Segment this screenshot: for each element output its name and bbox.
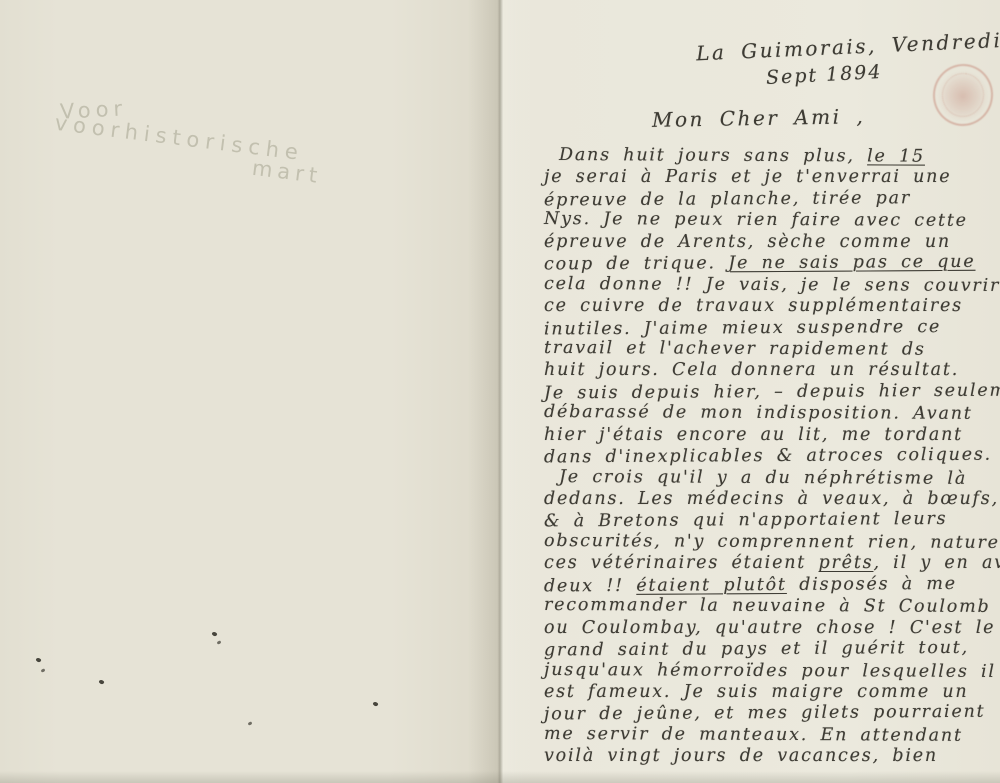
letter-line: je serai à Paris et je t'enverrai une: [544, 167, 1000, 188]
letter-line: me servir de manteaux. En attendant: [544, 724, 1000, 747]
letter-line: & à Bretons qui n'apportaient leurs: [544, 509, 1000, 533]
ink-speck: [41, 668, 46, 672]
letter-line: voilà vingt jours de vacances, bien: [544, 746, 1000, 767]
dateline-year: Sept 1894: [766, 61, 883, 89]
ink-speck: [217, 640, 222, 644]
letter-line: jour de jeûne, et mes gilets pourraient: [544, 702, 1000, 726]
letter-line: ou Coulombay, qu'autre chose ! C'est le: [544, 618, 1000, 639]
ink-speck: [211, 631, 217, 637]
red-stamp-icon: [929, 60, 997, 130]
letter-line: jusqu'aux hémorroïdes pour lesquelles il: [544, 659, 1000, 682]
letter-line: ce cuivre de travaux supplémentaires: [544, 296, 1000, 317]
letter-line: Je suis depuis hier, – depuis hier seule…: [544, 380, 1000, 404]
ink-speck: [372, 701, 378, 707]
letter-line: Nys. Je ne peux rien faire avec cette: [544, 209, 1000, 232]
letter-line: grand saint du pays et il guérit tout,: [544, 638, 1000, 662]
pencil-inscription-line: mart: [251, 156, 324, 188]
letter-line: hier j'étais encore au lit, me tordant: [544, 425, 1000, 446]
letter-scan: Voor voorhistorische mart La Guimorais, …: [0, 0, 1000, 783]
letter-line: Dans huit jours sans plus, le 15: [544, 145, 1000, 168]
letter-line: débarassé de mon indisposition. Avant: [544, 402, 1000, 425]
ink-speck: [248, 721, 253, 725]
letter-line: dans d'inexplicables & atroces coliques.: [544, 445, 1000, 469]
letter-line: Je crois qu'il y a du néphrétisme là: [544, 467, 1000, 490]
salutation: Mon Cher Ami ,: [652, 104, 866, 132]
letter-line: ces vétérinaires étaient prêts, il y en …: [544, 553, 1000, 574]
letter-line: épreuve de la planche, tirée par: [544, 187, 1000, 211]
letter-line: coup de trique. Je ne sais pas ce que: [544, 252, 1000, 276]
page-left: Voor voorhistorische mart: [0, 0, 500, 783]
letter-line: obscurités, n'y comprennent rien, nature…: [544, 531, 1000, 554]
page-right: La Guimorais, Vendredi 7 Sept 1894 Mon C…: [500, 0, 1000, 783]
letter-line: travail et l'achever rapidement ds: [544, 338, 1000, 361]
dateline-place-date: La Guimorais, Vendredi 7: [696, 27, 1000, 66]
letter-line: deux !! étaient plutôt disposés à me: [544, 573, 1000, 597]
ink-speck: [98, 679, 104, 685]
letter-line: recommander la neuvaine à St Coulomb: [544, 595, 1000, 618]
letter-line: est fameux. Je suis maigre comme un: [544, 682, 1000, 703]
letter-line: épreuve de Arents, sèche comme un: [544, 232, 1000, 253]
ink-speck: [35, 657, 41, 663]
letter-body: Dans huit jours sans plus, le 15je serai…: [544, 146, 1000, 768]
letter-line: huit jours. Cela donnera un résultat.: [544, 360, 1000, 381]
letter-line: cela donne !! Je vais, je le sens couvri…: [544, 274, 1000, 297]
letter-line: inutiles. J'aime mieux suspendre ce: [544, 316, 1000, 340]
letter-line: dedans. Les médecins à veaux, à bœufs,: [544, 489, 1000, 510]
